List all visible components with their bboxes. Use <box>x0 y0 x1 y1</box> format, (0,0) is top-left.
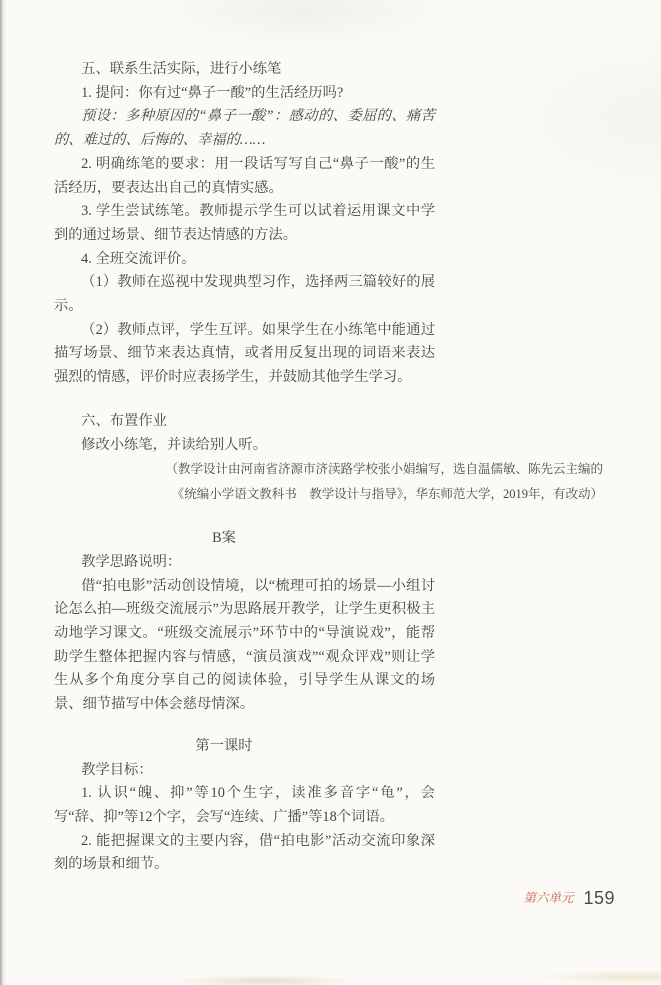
attribution-line-2: 《统编小学语文教科书 教学设计与指导》，华东师范大学，2019年，有改动） <box>54 482 603 507</box>
lesson-one-objective-2: 2. 能把握课文的主要内容，借“拍电影”活动交流印象深刻的场景和细节。 <box>54 830 435 877</box>
plan-b-label: 教学思路说明： <box>54 551 435 575</box>
section-five-eval-item-1: （1）教师在巡视中发现典型习作，选择两三篇较好的展示。 <box>54 271 435 318</box>
section-five-practice: 3. 学生尝试练笔。教师提示学生可以试着运用课文中学到的通过场景、细节表达情感的… <box>54 200 435 247</box>
section-five-evaluate: 4. 全班交流评价。 <box>54 248 435 272</box>
attribution-block: （教学设计由河南省济源市济渎路学校张小娟编写，选自温儒敏、陈先云主编的 《统编小… <box>54 457 603 507</box>
plan-b-body: 借“拍电影”活动创设情境，以“梳理可拍的场景—小组讨论怎么拍—班级交流展示”为思… <box>54 575 435 717</box>
lesson-one-heading: 第一课时 <box>54 735 394 759</box>
scan-edge-artifact <box>0 0 6 985</box>
page-number: 159 <box>583 888 615 908</box>
lesson-one-objective-1: 1. 认识“魄、抑”等10个生字，读准多音字“龟”，会写“辞、抑”等12个字，会… <box>54 782 435 829</box>
page-text-block: 五、联系生活实际，进行小练笔 1. 提问：你有过“鼻子一酸”的生活经历吗? 预设… <box>54 58 435 877</box>
page-footer: 第六单元159 <box>523 888 615 909</box>
section-five-requirement: 2. 明确练笔的要求：用一段话写写自己“鼻子一酸”的生活经历，要表达出自己的真情… <box>54 153 435 200</box>
section-five-eval-item-2: （2）教师点评，学生互评。如果学生在小练笔中能通过描写场景、细节来表达真情，或者… <box>54 319 435 390</box>
section-five-preset: 预设：多种原因的“鼻子一酸”：感动的、委屈的、痛苦的、难过的、后悔的、幸福的…… <box>54 105 435 152</box>
plan-b-heading: B案 <box>54 527 394 551</box>
lesson-one-objectives-label: 教学目标： <box>54 759 435 783</box>
book-page: 五、联系生活实际，进行小练笔 1. 提问：你有过“鼻子一酸”的生活经历吗? 预设… <box>0 0 661 985</box>
footer-unit-label: 第六单元 <box>523 891 573 905</box>
section-six-heading: 六、布置作业 <box>54 410 435 434</box>
attribution-line-1: （教学设计由河南省济源市济渎路学校张小娟编写，选自温儒敏、陈先云主编的 <box>54 457 603 482</box>
section-five-question: 1. 提问：你有过“鼻子一酸”的生活经历吗? <box>54 82 435 106</box>
section-six-body: 修改小练笔，并读给别人听。 <box>54 434 435 458</box>
section-five-heading: 五、联系生活实际，进行小练笔 <box>54 58 435 82</box>
